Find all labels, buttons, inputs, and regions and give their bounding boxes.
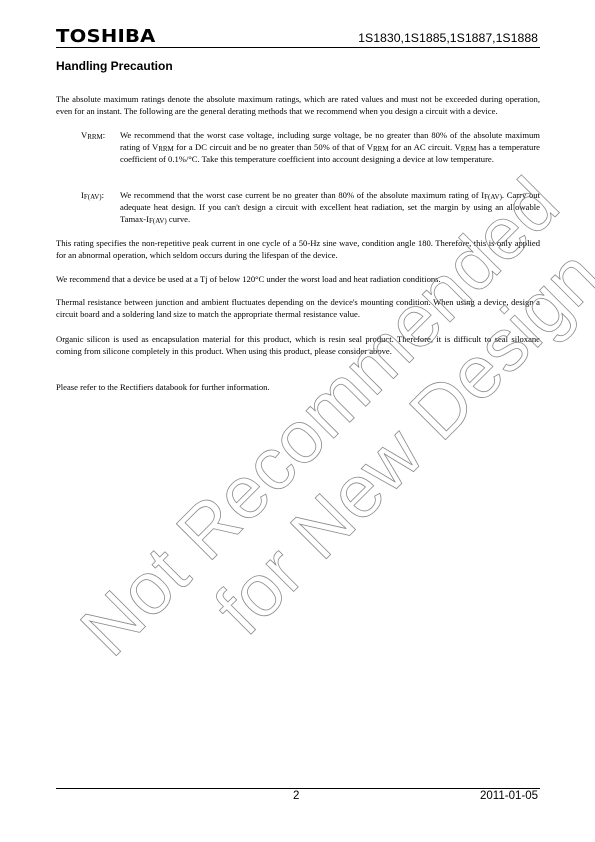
page-number: 2 [293, 790, 299, 802]
rating-text-vrrm: We recommend that the worst case voltage… [120, 129, 540, 166]
footer-divider [56, 788, 540, 789]
datasheet-page: TOSHIBA 1S1830,1S1885,1S1887,1S1888 Hand… [0, 0, 595, 842]
toshiba-logo: TOSHIBA [56, 27, 156, 47]
paragraph-junction-temp: We recommend that a device be used at a … [56, 273, 540, 285]
section-title: Handling Precaution [56, 59, 173, 73]
paragraph-databook-reference: Please refer to the Rectifiers databook … [56, 381, 540, 393]
rating-label-ifav: IF(AV): [81, 189, 104, 201]
rating-label-vrrm: VRRM: [81, 129, 105, 141]
paragraph-surge-rating: This rating specifies the non-repetitive… [56, 237, 540, 261]
intro-paragraph: The absolute maximum ratings denote the … [56, 93, 540, 117]
paragraph-thermal-resistance: Thermal resistance between junction and … [56, 296, 540, 320]
not-recommended-watermark: Not Recommended for New Design [0, 0, 595, 842]
rating-text-ifav: We recommend that the worst case current… [120, 189, 540, 226]
revision-date: 2011-01-05 [480, 790, 538, 802]
part-numbers: 1S1830,1S1885,1S1887,1S1888 [358, 31, 538, 45]
header-divider [56, 47, 540, 48]
paragraph-organic-silicon: Organic silicon is used as encapsulation… [56, 333, 540, 357]
